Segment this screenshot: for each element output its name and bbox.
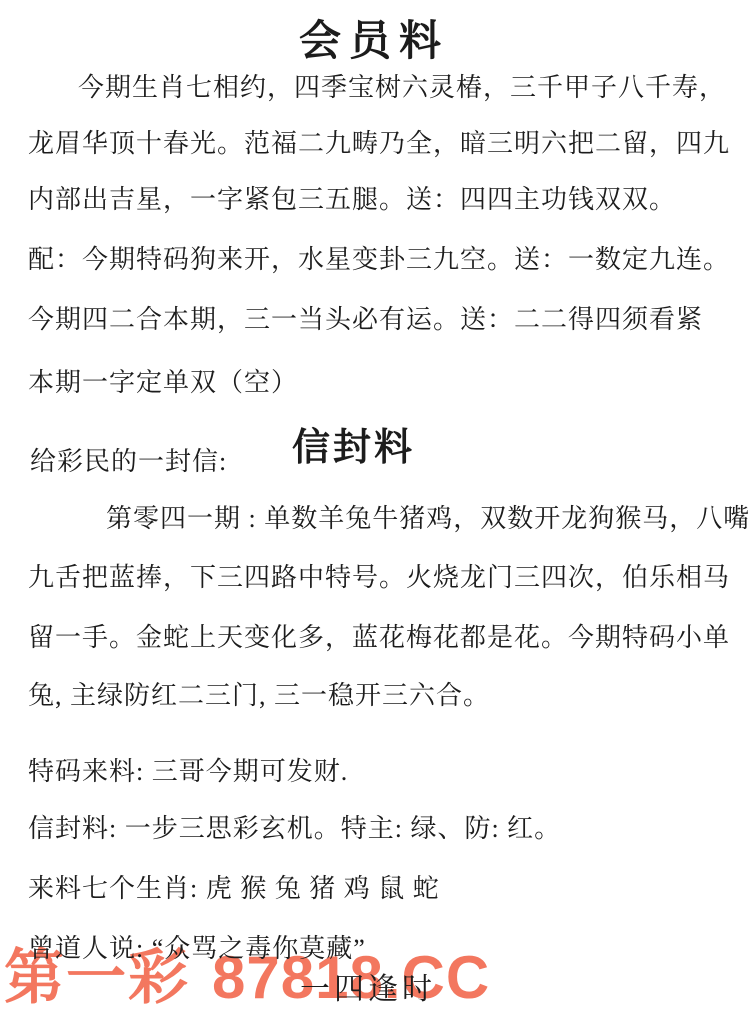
envelope-section-title: 信封料 (292, 416, 415, 471)
member-line: 配：今期特码狗来开，水星变卦三九空。送：一数定九连。 (28, 244, 730, 275)
envelope-line: 留一手。金蛇上天变化多，蓝花梅花都是花。今期特码小单 (28, 622, 730, 653)
envelope-line: 信封料: 一步三思彩玄机。特主: 绿、防: 红。 (28, 813, 561, 844)
envelope-line: 第零四一期 : 单数羊兔牛猪鸡，双数开龙狗猴马，八嘴 (106, 503, 748, 534)
document-page: 会员料 今期生肖七相约，四季宝树六灵椿，三千甲子八千寿， 龙眉华顶十春光。范福二… (0, 0, 748, 1024)
member-line: 内部出吉星，一字紧包三五腿。送：四四主功钱双双。 (28, 184, 676, 215)
member-line: 本期一字定单双（空） (28, 367, 298, 398)
member-line: 今期四二合本期，三一当头必有运。送：二二得四须看紧 (28, 304, 703, 335)
envelope-line: 九舌把蓝捧，下三四路中特号。火烧龙门三四次，伯乐相马 (28, 562, 730, 593)
footer-phrase: 一四逢时 (300, 964, 436, 1008)
letter-intro-label: 给彩民的一封信: (30, 441, 227, 478)
member-line: 今期生肖七相约，四季宝树六灵椿，三千甲子八千寿， (78, 72, 726, 103)
member-line: 龙眉华顶十春光。范福二九畴乃全，暗三明六把二留，四九 (28, 128, 730, 159)
envelope-line: 来料七个生肖: 虎 猴 兔 猪 鸡 鼠 蛇 (28, 873, 440, 904)
member-section-title: 会员料 (0, 8, 748, 68)
envelope-line: 曾道人说: “众骂之毒你莫藏” (28, 933, 366, 964)
envelope-line: 特码来料: 三哥今期可发财. (28, 756, 348, 787)
envelope-line: 兔, 主绿防红二三门, 三一稳开三六合。 (28, 680, 490, 711)
